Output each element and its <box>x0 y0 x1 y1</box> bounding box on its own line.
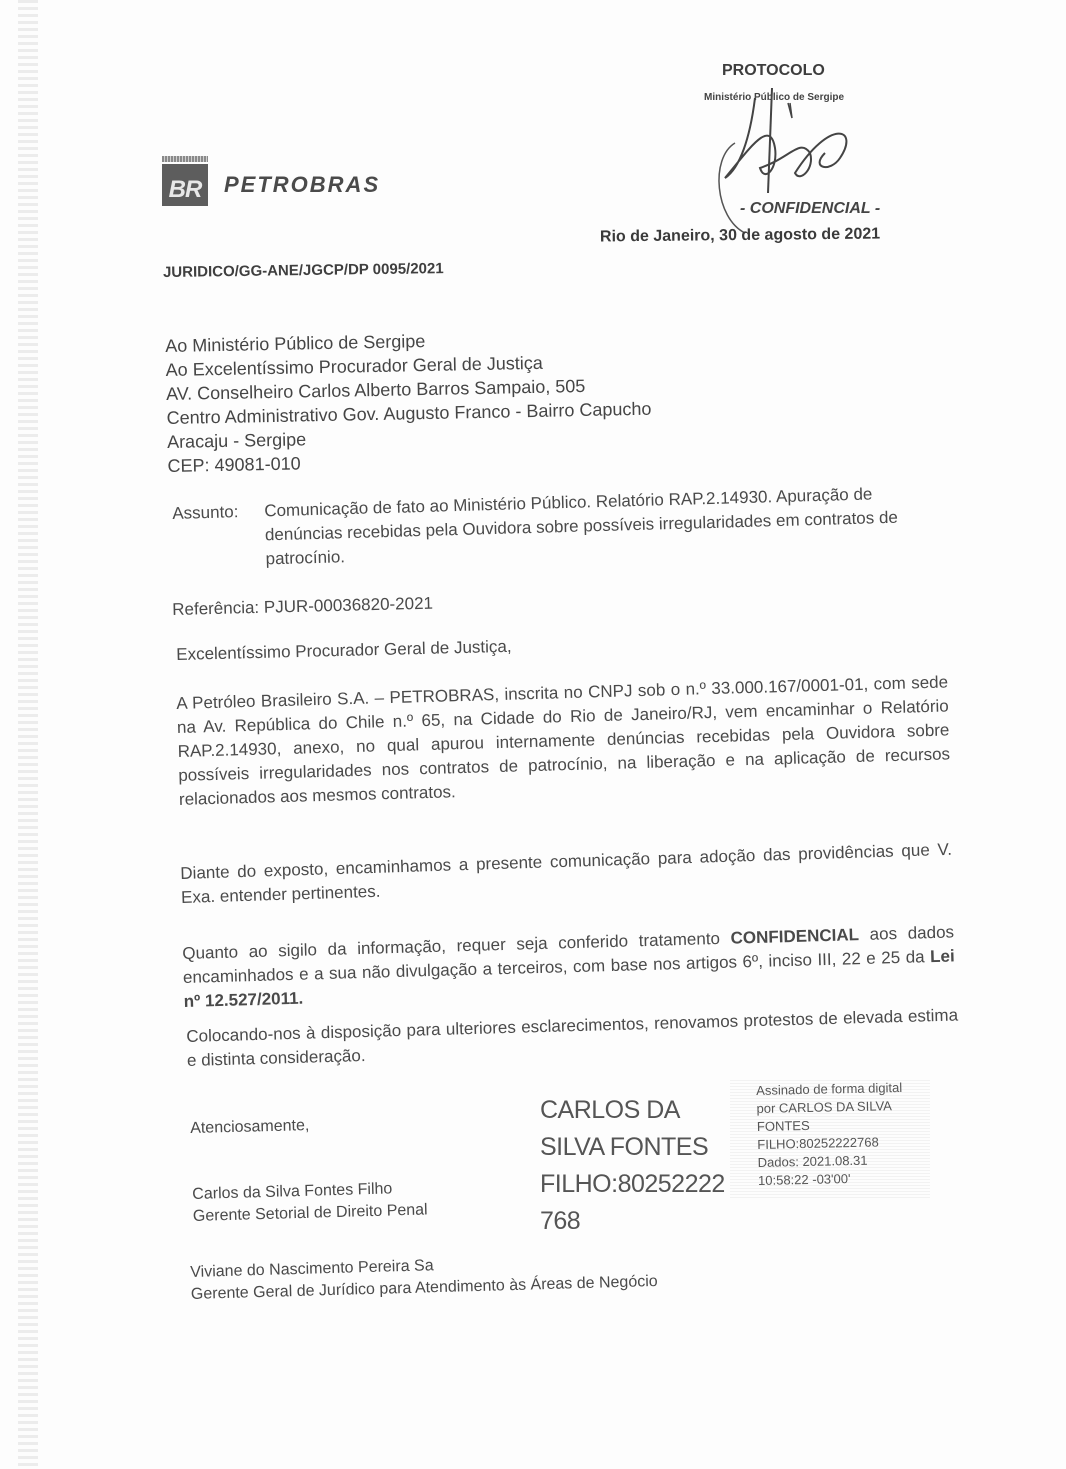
company-name: PETROBRAS <box>224 172 380 198</box>
date-line: Rio de Janeiro, 30 de agosto de 2021 <box>600 226 880 247</box>
subject-label: Assunto: <box>172 499 265 526</box>
digital-signature-name: CARLOS DA SILVA FONTES FILHO:80252222 76… <box>540 1092 725 1240</box>
closing: Atenciosamente, <box>190 1117 310 1138</box>
p3-confidential: CONFIDENCIAL <box>730 925 859 948</box>
digsig-info-line: 10:58:22 -03'00' <box>758 1169 904 1190</box>
digsig-name-line: 768 <box>540 1203 725 1240</box>
confidential-label: - CONFIDENCIAL - <box>740 200 880 218</box>
recipient-address: Ao Ministério Público de Sergipe Ao Exce… <box>165 325 653 478</box>
digsig-name-line: FILHO:80252222 <box>540 1166 725 1203</box>
digsig-name-line: CARLOS DA <box>540 1092 725 1129</box>
petrobras-logo: BR PETROBRAS <box>162 164 380 206</box>
reference: Referência: PJUR-00036820-2021 <box>172 594 433 620</box>
handwritten-signature-icon <box>600 58 960 248</box>
digsig-name-line: SILVA FONTES <box>540 1129 725 1166</box>
subject: Assunto:Comunicação de fato ao Ministéri… <box>172 481 934 574</box>
subject-text: Comunicação de fato ao Ministério Públic… <box>264 481 926 571</box>
document-code: JURIDICO/GG-ANE/JGCP/DP 0095/2021 <box>163 260 444 281</box>
paragraph-1: A Petróleo Brasileiro S.A. – PETROBRAS, … <box>176 670 951 812</box>
br-logo-mark: BR <box>162 164 208 206</box>
digsig-info-line: por CARLOS DA SILVA <box>756 1097 902 1118</box>
salutation: Excelentíssimo Procurador Geral de Justi… <box>176 637 512 665</box>
paragraph-4: Colocando-nos à disposição para ulterior… <box>186 1003 959 1073</box>
paragraph-2: Diante do exposto, encaminhamos a presen… <box>180 838 953 910</box>
signatory-1: Carlos da Silva Fontes Filho Gerente Set… <box>192 1177 428 1228</box>
scan-edge-artifact <box>18 0 38 1469</box>
paragraph-3: Quanto ao sigilo da informação, requer s… <box>182 920 956 1014</box>
digital-signature-info: Assinado de forma digital por CARLOS DA … <box>756 1079 904 1190</box>
signatory-2: Viviane do Nascimento Pereira Sa Gerente… <box>190 1249 658 1306</box>
protocol-stamp: PROTOCOLO Ministério Público de Sergipe <box>600 58 960 248</box>
